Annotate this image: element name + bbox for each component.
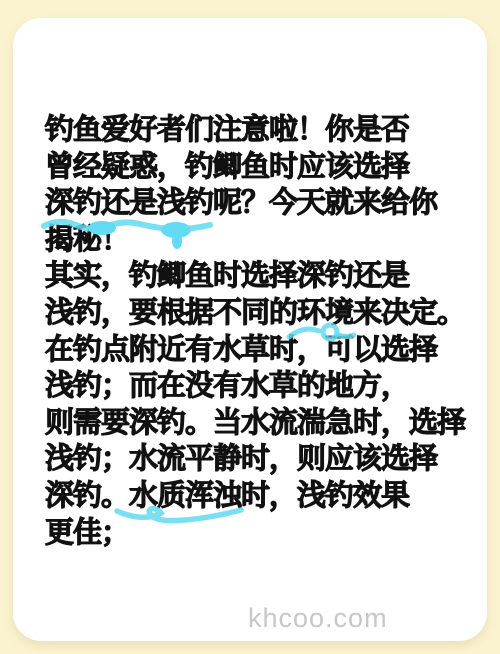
text-line: 更佳； <box>45 515 485 552</box>
text-line: 揭秘！ <box>45 222 485 259</box>
text-line: 浅钓；而在没有水草的地方， <box>45 368 485 405</box>
text-line: 浅钓；水流平静时，则应该选择 <box>45 441 485 478</box>
text-line: 则需要深钓。当水流湍急时，选择 <box>45 405 485 442</box>
watermark: khcoo.com <box>248 603 388 634</box>
text-line: 深钓。水质浑浊时，浅钓效果 <box>45 478 485 515</box>
text-line: 其实，钓鲫鱼时选择深钓还是 <box>45 258 485 295</box>
text-line: 浅钓，要根据不同的环境来决定。 <box>45 295 485 332</box>
text-line: 在钓点附近有水草时，可以选择 <box>45 332 485 369</box>
text-block: 钓鱼爱好者们注意啦！你是否 曾经疑惑，钓鲫鱼时应该选择 深钓还是浅钓呢？今天就来… <box>45 112 485 551</box>
text-line: 深钓还是浅钓呢？今天就来给你 <box>45 185 485 222</box>
text-line: 钓鱼爱好者们注意啦！你是否 <box>45 112 485 149</box>
text-line: 曾经疑惑，钓鲫鱼时应该选择 <box>45 149 485 186</box>
